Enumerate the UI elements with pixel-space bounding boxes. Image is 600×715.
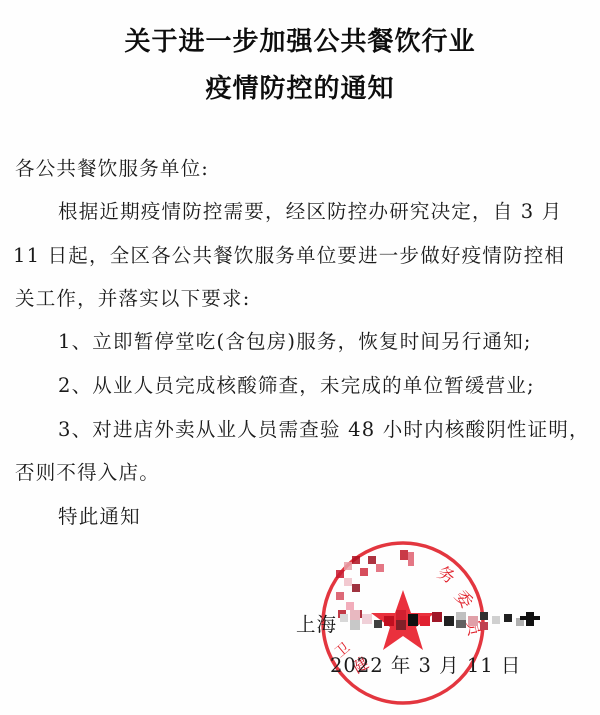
requirement-item-1: 1、立即暂停堂吃(含包房)服务，恢复时间另行通知; <box>58 326 532 354</box>
paragraph-line: 根据近期疫情防控需要，经区防控办研究决定，自 3 月 <box>58 196 563 224</box>
paragraph-line: 11 日起，全区各公共餐饮服务单位要进一步做好疫情防控相 <box>13 240 565 268</box>
requirement-item-2: 2、从业人员完成核酸筛查，未完成的单位暂缓营业; <box>58 370 535 398</box>
paragraph-line: 关工作，并落实以下要求: <box>15 283 250 311</box>
document-title-line1: 关于进一步加强公共餐饮行业 <box>0 21 600 58</box>
closing-remark: 特此通知 <box>58 501 141 529</box>
issuer-name: 上海 <box>296 609 337 637</box>
requirement-item-3: 3、对进店外卖从业人员需查验 48 小时内核酸阴性证明， <box>58 414 590 442</box>
notice-document: 关于进一步加强公共餐饮行业 疫情防控的通知 各公共餐饮服务单位: 根据近期疫情防… <box>0 0 600 715</box>
svg-text:务: 务 <box>434 563 458 589</box>
salutation: 各公共餐饮服务单位: <box>15 153 209 181</box>
redacted-issuer-block <box>340 606 570 634</box>
document-title-line2: 疫情防控的通知 <box>0 68 600 105</box>
issue-date: 2022 年 3 月 11 日 <box>330 650 521 678</box>
requirement-item-3-continued: 否则不得入店。 <box>15 457 160 485</box>
